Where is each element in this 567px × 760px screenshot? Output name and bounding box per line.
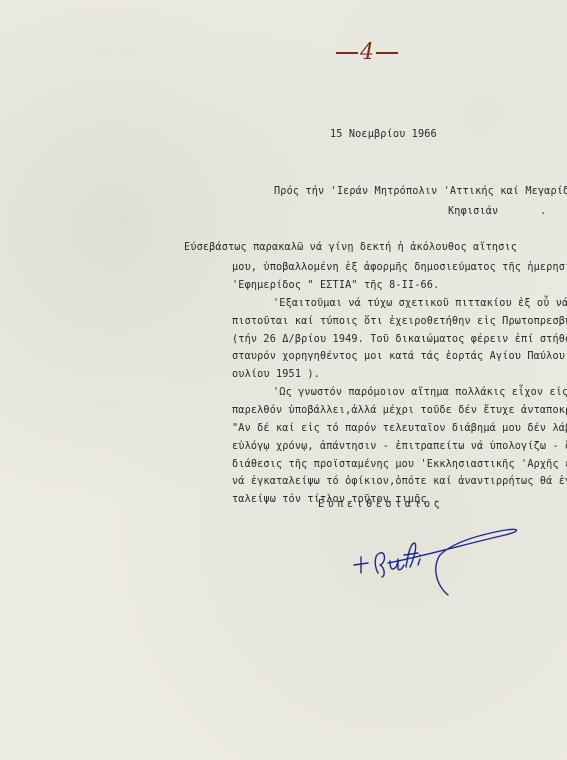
page-number-value: 4 — [360, 40, 374, 65]
paragraph-1-line-3: 'Εφημερίδος " ΕΣΤΙΑ" τῆς 8-ΙΙ-66. — [232, 280, 439, 291]
paragraph-2-line-4: σταυρόν χορηγηθέντος μοι κατά τάς ἑορτάς… — [232, 351, 567, 362]
paragraph-2-line-1: 'Εξαιτοῦμαι νά τύχω σχετικοῦ πιττακίου ἐ… — [273, 298, 567, 309]
paragraph-3-line-4: εὐλόγῳ χρόνῳ, ἀπάντησιν - ἐπιτραπείτω νά… — [232, 441, 567, 452]
paragraph-2-line-3: (τήν 26 Δ/βρίου 1949. Τοῦ δικαιώματος φέ… — [232, 334, 567, 345]
recipient-line-1: Πρός τήν 'Ιεράν Μητρόπολιν 'Αττικής καί … — [274, 186, 567, 197]
paragraph-3-line-6: νά ἐγκαταλείψω τό ὀφίκιον,ὁπότε καί ἀναν… — [232, 476, 567, 487]
paragraph-2-line-2: πιστοῦται καί τύποις ὅτι ἐχειροθετήθην ε… — [232, 316, 567, 327]
paragraph-1-line-1: Εύσεβάστως παρακαλῶ νά γίνῃ δεκτή ἡ ἀκόλ… — [184, 242, 517, 253]
paragraph-1-line-2: μου, ὑποβαλλομένη ἐξ ἀφορμῆς δημοσιεύματ… — [232, 262, 567, 273]
paragraph-3-line-1: 'Ως γνωστόν παρόμοιον αἴτημα πολλάκις εἶ… — [273, 387, 567, 398]
letter-date: 15 Νοεμβρίου 1966 — [330, 129, 437, 140]
page-number-dash-right — [376, 52, 398, 54]
paragraph-3-line-3: "Αν δέ καί εἰς τό παρόν τελευταῖον διάβη… — [232, 423, 567, 434]
page-number-dash-left — [336, 52, 358, 54]
recipient-end-mark: . — [540, 206, 546, 217]
paragraph-3-line-5: διάθεσις τῆς προϊσταμένης μου 'Εκκλησιασ… — [232, 459, 567, 470]
handwritten-signature — [340, 515, 530, 600]
paragraph-2-line-5: ουλίου 1951 ). — [232, 369, 320, 380]
closing-salutation: Εὐπειθέστατος — [318, 499, 443, 510]
paragraph-3-line-2: παρελθόν ὑποβάλλει,ἀλλά μέχρι τοῦδε δέν … — [232, 405, 567, 416]
recipient-line-2: Κηφισιάν — [448, 206, 498, 217]
page-number: 4 — [334, 40, 400, 65]
paper-background — [0, 0, 567, 760]
